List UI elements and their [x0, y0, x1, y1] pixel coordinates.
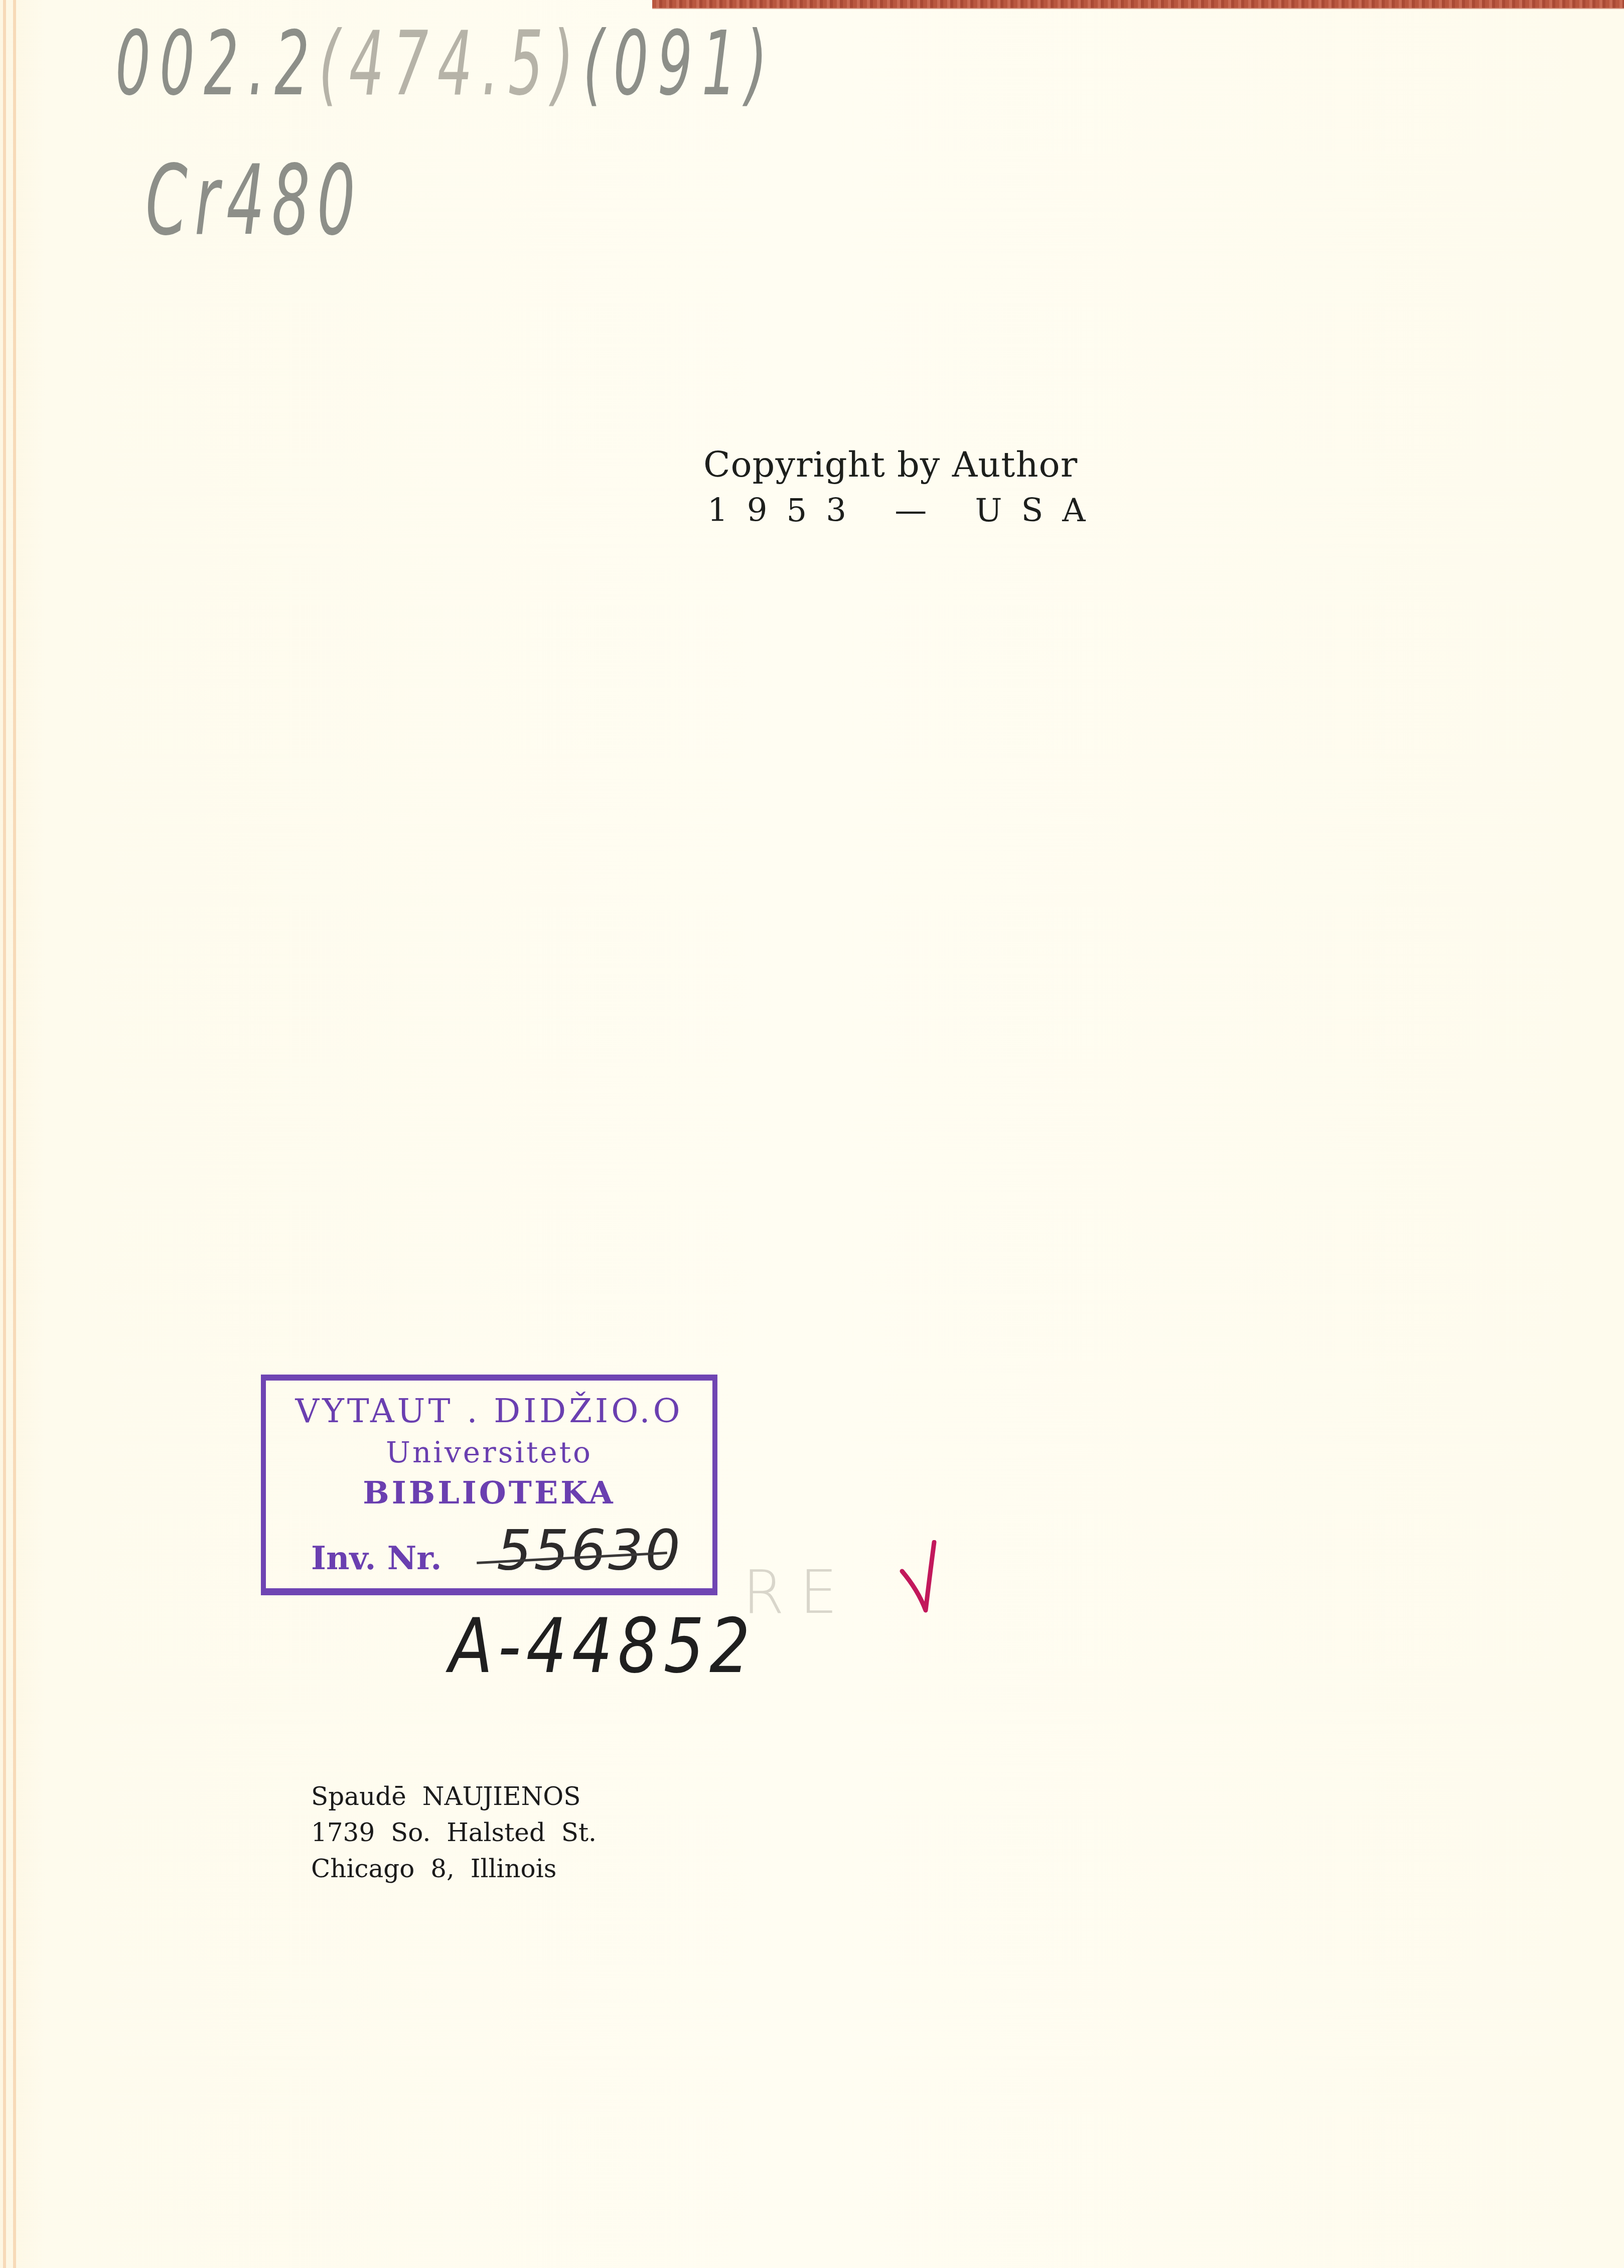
copyright-notice: Copyright by Author 1953 — USA	[692, 444, 1089, 529]
cover-edge	[652, 0, 1624, 9]
call-number-form: (091)	[583, 13, 777, 115]
stamp-line-3: BIBLIOTEKA	[266, 1474, 712, 1511]
spine-edge	[13, 0, 16, 2268]
call-number: 002.2(474.5)(091)	[115, 13, 776, 115]
re-mark: RE	[743, 1558, 852, 1627]
accession-number: A-44852	[449, 1603, 755, 1690]
library-stamp: VYTAUT . DIDŽIO.O Universiteto BIBLIOTEK…	[261, 1375, 717, 1595]
printer-name: Spaudē NAUJIENOS	[311, 1778, 597, 1815]
printer-city: Chicago 8, Illinois	[311, 1851, 597, 1887]
inventory-number: 55630	[497, 1518, 682, 1582]
printer-street: 1739 So. Halsted St.	[311, 1815, 597, 1851]
copyright-year-country: 1953 — USA	[692, 492, 1089, 529]
check-icon	[898, 1540, 943, 1620]
shelf-mark: Cr480	[145, 145, 362, 257]
spine-edge	[3, 0, 6, 2268]
copyright-line: Copyright by Author	[692, 444, 1089, 485]
call-number-main: 002.2	[115, 13, 319, 115]
stamp-line-1: VYTAUT . DIDŽIO.O	[266, 1392, 712, 1430]
call-number-paren: (474.5)	[319, 13, 583, 115]
page: 002.2(474.5)(091) Cr480 Copyright by Aut…	[0, 0, 1624, 2268]
inventory-label: Inv. Nr.	[311, 1540, 441, 1577]
printer-imprint: Spaudē NAUJIENOS 1739 So. Halsted St. Ch…	[311, 1778, 597, 1887]
stamp-line-2: Universiteto	[266, 1435, 712, 1469]
